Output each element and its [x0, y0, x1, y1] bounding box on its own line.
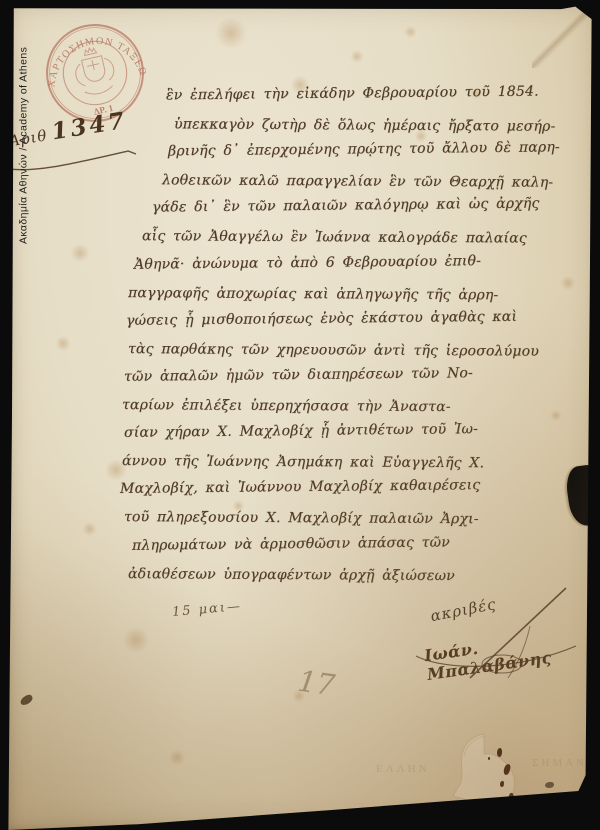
handwritten-line: γώσεις ᾗ μισθοποιήσεως ἑνὸς ἑκάστου ἀγαθ…: [112, 302, 564, 335]
handwritten-text-block: ἓν ἐπελήφει τὴν εἰκάδην Φεβρουαρίου τοῦ …: [112, 82, 564, 588]
paper-tear: [564, 464, 600, 527]
handwritten-line: πληρωμάτων νὰ ἁρμοσθῶσιν ἁπάσας τῶν: [112, 527, 564, 560]
pencil-mark: 17: [296, 664, 337, 703]
corner-crease: [532, 4, 596, 68]
archive-label: Ακαδημία Αθηνών / Academy of Athens: [15, 8, 32, 244]
ink-stain: [558, 796, 569, 803]
foxing-spot: [350, 50, 364, 63]
date-note: 15 μαι—: [171, 599, 242, 620]
foxing-spot: [122, 628, 150, 652]
manuscript-paper: ΧΑΡΤΟΣΗΜΟΝ ΤΑΞΕΩΣ ΔΡ. 1 Αριθ 1347 ἓν ἐπε…: [0, 0, 600, 830]
watermark-right-text: ΣΗΜΑΝ: [532, 757, 587, 769]
signature-flourish: [408, 584, 586, 688]
handwritten-line: Μαχλοβίχ, καὶ Ἰωάννου Μαχλοβίχ καθαιρέσε…: [112, 471, 564, 504]
handwritten-line: σίαν χήραν Χ. Μαχλοβίχ ᾗ ἀντιθέτων τοῦ Ἰ…: [112, 414, 564, 447]
handwritten-line: ἓν ἐπελήφει τὴν εἰκάδην Φεβρουαρίου τοῦ …: [112, 77, 564, 110]
watermark-left-text: ΕΛΛΗΝ: [376, 763, 430, 775]
foxing-spot: [55, 336, 71, 351]
handwritten-line: τῶν ἁπαλῶν ἡμῶν τῶν διαπηρέσεων τῶν Νο-: [112, 358, 564, 391]
scanned-document-photo: ΧΑΡΤΟΣΗΜΟΝ ΤΑΞΕΩΣ ΔΡ. 1 Αριθ 1347 ἓν ἐπε…: [0, 0, 600, 830]
handwritten-line: βρινῆς δ᾽ ἐπερχομένης πρῴτης τοῦ ἄλλου δ…: [112, 133, 564, 166]
handwritten-line: γάδε δι᾽ ἓν τῶν παλαιῶν καλόγηρῳ καὶ ὡς …: [112, 190, 564, 223]
foxing-spot: [168, 750, 186, 765]
foxing-spot: [214, 18, 248, 48]
ink-stain: [520, 806, 524, 811]
foxing-spot: [70, 244, 90, 262]
profile-head-icon: [453, 734, 514, 824]
foxing-spot: [404, 26, 417, 38]
handwritten-line: Ἀθηνᾶ· ἀνώνυμα τὸ ἀπὸ 6 Φεβρουαρίου ἐπιθ…: [112, 246, 564, 279]
ink-stain: [19, 693, 34, 706]
foxing-spot: [82, 522, 97, 536]
embossed-watermark: ΕΛΛΗΝ ΣΗΜΑΝ: [372, 720, 590, 826]
